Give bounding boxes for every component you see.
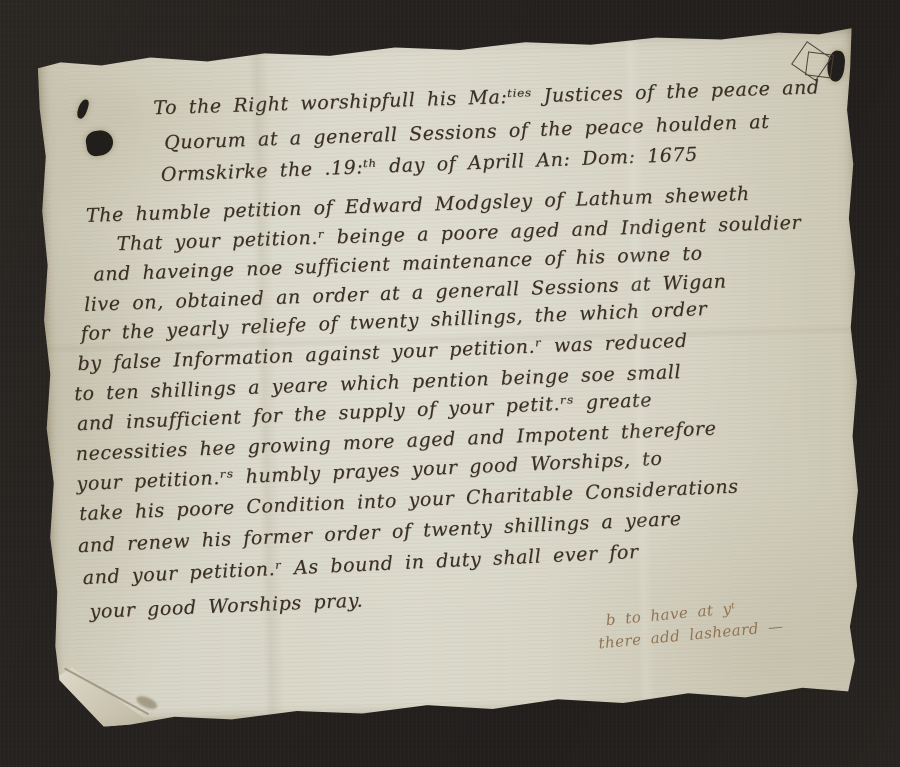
- paper-sheet: To the Right worshipfull his Ma:ᵗⁱᵉˢ Jus…: [36, 28, 868, 728]
- photo-background: { "palette": { "background": "#262220", …: [0, 0, 900, 767]
- closing-line: your good Worships pray.: [89, 589, 363, 622]
- diamond-doodle: [788, 40, 841, 85]
- diamond-doodle-outline-2: [805, 51, 834, 78]
- paper-hole-left-large: [84, 129, 115, 158]
- paper-hole-left-small: [75, 98, 90, 120]
